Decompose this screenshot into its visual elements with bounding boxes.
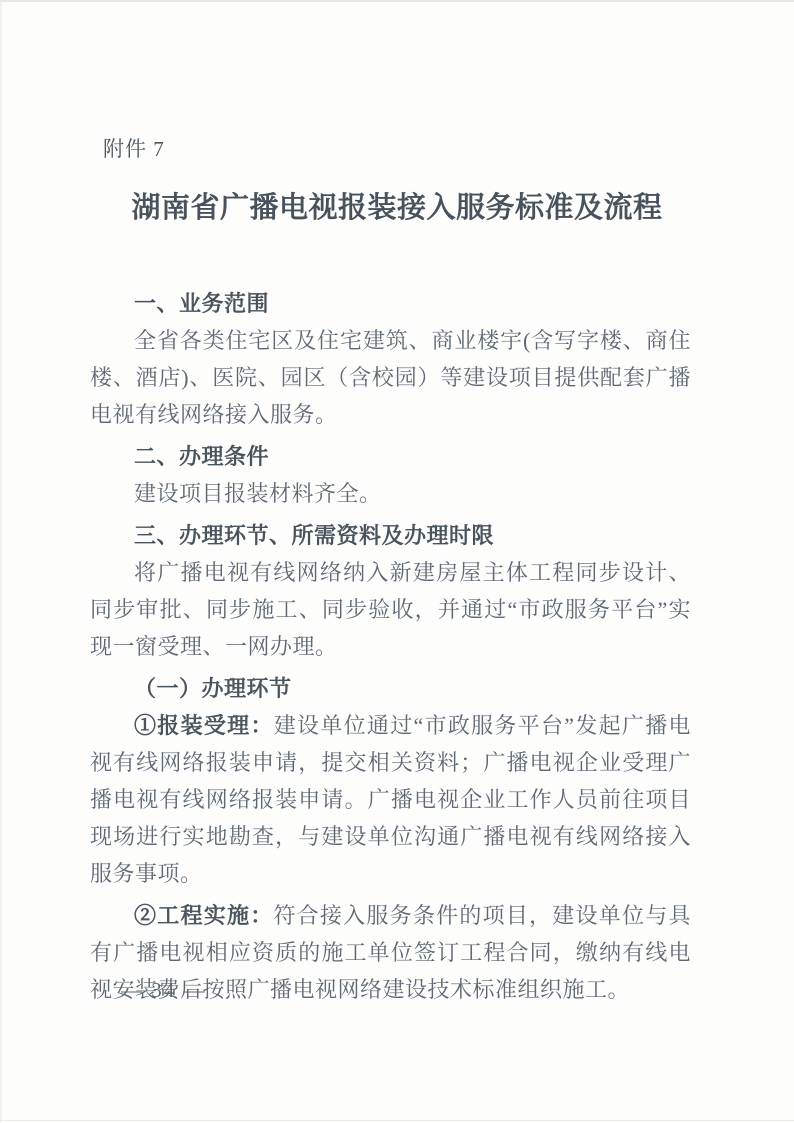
section-heading-procedure: 三、办理环节、所需资料及办理时限 — [90, 517, 691, 554]
paragraph-procedure-overview: 将广播电视有线网络纳入新建房屋主体工程同步设计、同步审批、同步施工、同步验收，并… — [90, 554, 691, 665]
paragraph-business-scope: 全省各类住宅区及住宅建筑、商业楼宇(含写字楼、商住楼、酒店)、医院、园区（含校园… — [90, 322, 691, 433]
section-heading-conditions: 二、办理条件 — [90, 438, 691, 475]
paragraph-conditions: 建设项目报装材料齐全。 — [90, 475, 691, 512]
page-number: — 34 — — [121, 976, 207, 1004]
step-1-label: ①报装受理： — [134, 713, 274, 738]
attachment-label: 附件 7 — [103, 135, 165, 163]
step-1-text: 建设单位通过“市政服务平台”发起广播电视有线网络报装申请，提交相关资料；广播电视… — [90, 713, 691, 886]
document-body: 一、业务范围 全省各类住宅区及住宅建筑、商业楼宇(含写字楼、商住楼、酒店)、医院… — [90, 285, 691, 1008]
document-title: 湖南省广播电视报装接入服务标准及流程 — [0, 188, 794, 228]
paragraph-step-1-acceptance: ①报装受理：建设单位通过“市政服务平台”发起广播电视有线网络报装申请，提交相关资… — [90, 707, 691, 892]
step-2-label: ②工程实施： — [134, 903, 273, 928]
document-page: 附件 7 湖南省广播电视报装接入服务标准及流程 一、业务范围 全省各类住宅区及住… — [0, 0, 794, 1123]
subsection-heading-steps: （一）办理环节 — [90, 670, 691, 707]
section-heading-business-scope: 一、业务范围 — [90, 285, 691, 322]
